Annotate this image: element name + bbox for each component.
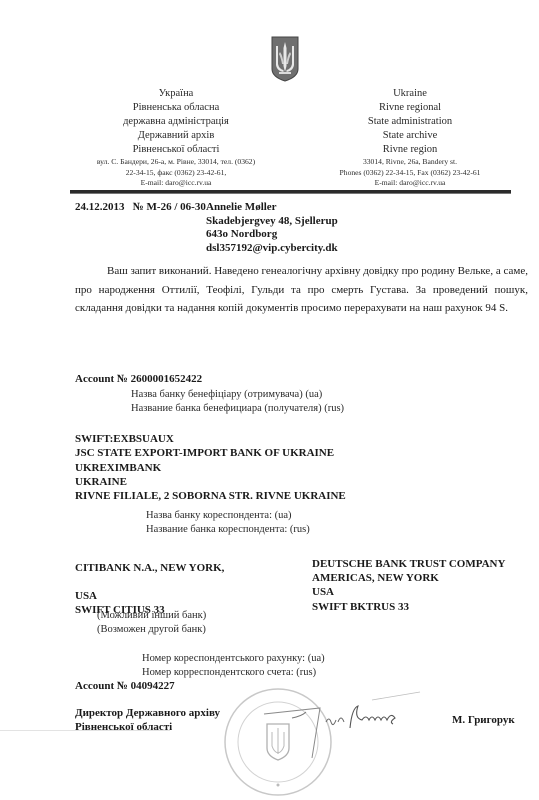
letterhead-divider [70, 190, 511, 194]
recipient-city: 643o Nordborg [206, 228, 338, 242]
deutsche-line: AMERICAS, NEW YORK [312, 571, 505, 585]
letter-number: № М-26 / 06-30 [133, 201, 206, 213]
signer-name: М. Григорук [452, 714, 515, 726]
recipient-block: Annelie Møller Skadebjergvey 48, Sjeller… [206, 201, 338, 255]
deutsche-swift: SWIFT BKTRUS 33 [312, 600, 505, 614]
letterhead-address: вул. С. Бандери, 26-а, м. Рівне, 33014, … [60, 157, 292, 168]
beneficiary-country: UKRAINE [75, 475, 346, 489]
beneficiary-branch: RIVNE FILIALE, 2 SOBORNA STR. RIVNE UKRA… [75, 489, 346, 503]
letterhead-line: State archive [290, 129, 530, 143]
deutsche-bank-block: DEUTSCHE BANK TRUST COMPANY AMERICAS, NE… [312, 557, 505, 614]
alternative-note-rus: (Возможен другой банк) [97, 623, 206, 637]
letter-date: 24.12.2013 [75, 201, 125, 213]
handwritten-signature-icon [262, 688, 422, 758]
letterhead-phone: 22-34-15, факс (0362) 23-42-61, [60, 168, 292, 179]
letterhead-line: Державний архів [60, 129, 292, 143]
deutsche-line: DEUTSCHE BANK TRUST COMPANY [312, 557, 505, 571]
beneficiary-account: Account № 2600001652422 [75, 373, 202, 385]
beneficiary-bank-name: JSC STATE EXPORT-IMPORT BANK OF UKRAINE [75, 446, 346, 460]
letterhead-line: Ukraine [290, 87, 530, 101]
body-paragraph: Ваш запит виконаний. Наведено генеалогіч… [75, 262, 528, 318]
reference-line: 24.12.2013 № М-26 / 06-30 [75, 201, 206, 213]
letterhead-line: Україна [60, 87, 292, 101]
letterhead-email: E-mail: daro@icc.rv.ua [60, 178, 292, 189]
citibank-name: CITIBANK N.A., NEW YORK, [75, 561, 224, 575]
beneficiary-bank-short: UKREXIMBANK [75, 461, 346, 475]
coat-of-arms-icon [271, 36, 299, 82]
letterhead-line: Рівненська обласна [60, 101, 292, 115]
recipient-email: dsl357192@vip.cybercity.dk [206, 242, 338, 256]
alternative-note-ua: (Можливий інший банк) [97, 609, 206, 623]
beneficiary-bank: SWIFT:EXBSUAUX JSC STATE EXPORT-IMPORT B… [75, 432, 346, 503]
correspondent-note-rus: Название банка кореспондента: (rus) [146, 523, 310, 537]
correspondent-account: Account № 04094227 [75, 680, 175, 692]
alternative-bank-notes: (Можливий інший банк) (Возможен другой б… [97, 609, 206, 637]
correspondent-account-notes: Номер кореспондентського рахунку: (ua) Н… [142, 652, 325, 680]
correspondent-account-note-rus: Номер корреспондентского счета: (rus) [142, 666, 325, 680]
correspondent-note-ua: Назва банку кореспондента: (ua) [146, 509, 310, 523]
letterhead-phone: Phones (0362) 22-34-15, Fax (0362) 23-42… [290, 168, 530, 179]
citibank-country: USA [75, 589, 224, 603]
correspondent-notes: Назва банку кореспондента: (ua) Название… [146, 509, 310, 537]
beneficiary-note-ua: Назва банку бенефіціару (отримувача) (ua… [131, 388, 344, 402]
recipient-name: Annelie Møller [206, 201, 338, 215]
letterhead-line: державна адміністрація [60, 115, 292, 129]
letterhead-line: Rivne region [290, 143, 530, 157]
recipient-street: Skadebjergvey 48, Sjellerup [206, 215, 338, 229]
beneficiary-notes: Назва банку бенефіціару (отримувача) (ua… [131, 388, 344, 416]
beneficiary-swift: SWIFT:EXBSUAUX [75, 432, 346, 446]
letterhead-line: Rivne regional [290, 101, 530, 115]
letterhead-ukrainian: Україна Рівненська обласна державна адмі… [60, 87, 292, 189]
letterhead-email: E-mail: daro@icc.rv.ua [290, 178, 530, 189]
letterhead-address: 33014, Rivne, 26a, Bandery st. [290, 157, 530, 168]
correspondent-account-note-ua: Номер кореспондентського рахунку: (ua) [142, 652, 325, 666]
beneficiary-note-rus: Название банка бенефициара (получателя) … [131, 402, 344, 416]
letterhead-line: Рівненської області [60, 143, 292, 157]
scan-artifact-divider [0, 730, 170, 731]
letterhead-english: Ukraine Rivne regional State administrat… [290, 87, 530, 189]
letterhead-line: State administration [290, 115, 530, 129]
director-title-line: Директор Державного архіву [75, 707, 220, 721]
deutsche-country: USA [312, 585, 505, 599]
director-title-line: Рівненської області [75, 721, 220, 735]
